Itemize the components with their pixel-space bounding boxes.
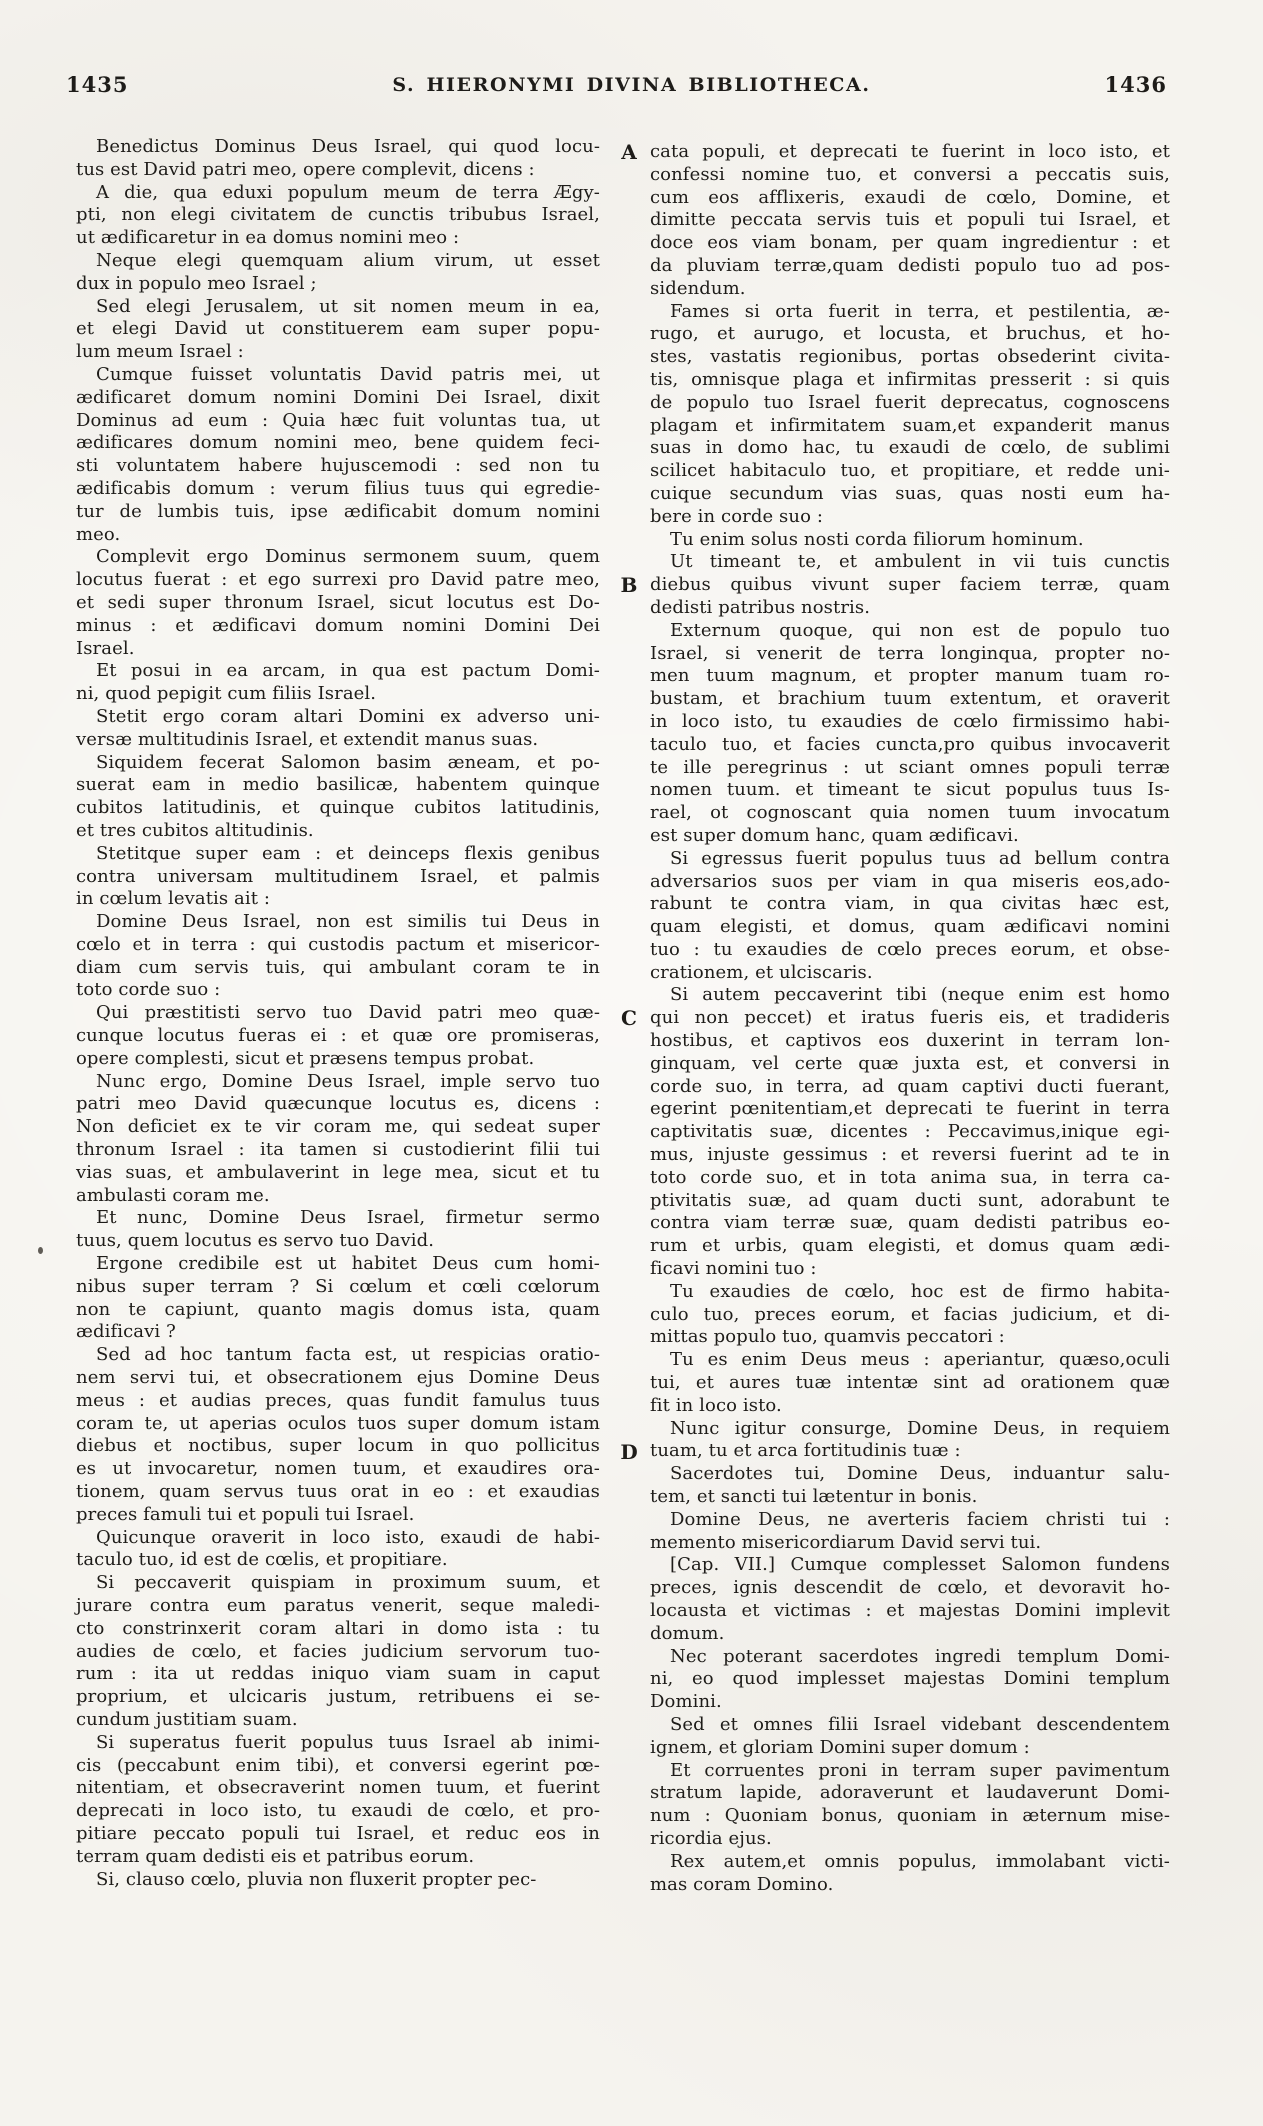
text-line: es ut invocaretur, nomen tuum, et exaudi…: [76, 1458, 600, 1481]
text-line: Fames si orta fuerit in terra, et pestil…: [650, 301, 1170, 324]
text-line: ni, quod pepigit cum filiis Israel.: [76, 683, 600, 706]
paragraph: Si peccaverit quispiam in proximum suum,…: [76, 1572, 600, 1732]
text-line: crationem, et ulciscaris.: [650, 962, 1170, 985]
text-line: plagam et infirmitatem suam,et expanderi…: [650, 415, 1170, 438]
text-line: Israel.: [76, 638, 600, 661]
text-line: cata populi, et deprecati te fuerint in …: [650, 141, 1170, 164]
text-line: Tu enim solus nosti corda filiorum homin…: [650, 529, 1170, 552]
text-line: rum et urbis, quam elegisti, et domus qu…: [650, 1235, 1170, 1258]
text-line: ædificares domum nomini meo, bene quidem…: [76, 432, 600, 455]
text-line: suas in domo hac, tu exaudi de cœlo, de …: [650, 437, 1170, 460]
text-line: rabunt te contra viam, in qua civitas hæ…: [650, 893, 1170, 916]
text-line: tui, et aures tuæ intentæ sint ad oratio…: [650, 1372, 1170, 1395]
text-line: fit in loco isto.: [650, 1395, 1170, 1418]
text-line: Ut timeant te, et ambulent in vii tuis c…: [650, 551, 1170, 574]
text-column-1435: Benedictus Dominus Deus Israel, qui quod…: [76, 136, 600, 1891]
text-line: meus : et audias preces, quas fundit fam…: [76, 1390, 600, 1413]
text-line: preces, ignis descendit de cœlo, et devo…: [650, 1577, 1170, 1600]
text-line: nitentiam, et obsecraverint nomen tuum, …: [76, 1777, 600, 1800]
text-line: sti voluntatem habere hujuscemodi : sed …: [76, 455, 600, 478]
text-line: Tu es enim Deus meus : aperiantur, quæso…: [650, 1349, 1170, 1372]
text-line: Nunc igitur consurge, Domine Deus, in re…: [650, 1418, 1170, 1441]
text-line: Quicunque oraverit in loco isto, exaudi …: [76, 1527, 600, 1550]
text-line: nibus super terram ? Si cœlum et cœli cœ…: [76, 1276, 600, 1299]
paragraph: cata populi, et deprecati te fuerint in …: [650, 141, 1170, 301]
text-line: men tuum magnum, et propter manum tuam r…: [650, 665, 1170, 688]
text-line: memento misericordiarum David servi tui.: [650, 1532, 1170, 1555]
paragraph: Sacerdotes tui, Domine Deus, induantur s…: [650, 1463, 1170, 1509]
text-line: stes, vastatis regionibus, portas obsede…: [650, 346, 1170, 369]
paragraph: Et corruentes proni in terram super pavi…: [650, 1760, 1170, 1851]
paragraph: Nunc ergo, Domine Deus Israel, imple ser…: [76, 1071, 600, 1208]
paragraph: Quicunque oraverit in loco isto, exaudi …: [76, 1527, 600, 1573]
text-line: Si peccaverit quispiam in proximum suum,…: [76, 1572, 600, 1595]
text-line: Ergone credibile est ut habitet Deus cum…: [76, 1253, 600, 1276]
text-line: tur de lumbis tuis, ipse ædificabit domu…: [76, 501, 600, 524]
text-line: [Cap. VII.] Cumque complesset Salomon fu…: [650, 1554, 1170, 1577]
text-line: jurare contra eum paratus venerit, seque…: [76, 1595, 600, 1618]
text-line: stratum lapide, adoraverunt et laudaveru…: [650, 1782, 1170, 1805]
text-line: ædificabis domum : verum filius tuus qui…: [76, 478, 600, 501]
column-marker-a: A: [613, 141, 645, 164]
text-line: Si superatus fuerit populus tuus Israel …: [76, 1732, 600, 1755]
text-line: culo tuo, preces eorum, et facias judici…: [650, 1304, 1170, 1327]
text-line: Non deficiet ex te vir coram me, qui sed…: [76, 1116, 600, 1139]
text-line: tuo : tu exaudies de cœlo preces eorum, …: [650, 939, 1170, 962]
text-line: proprium, et ulcicaris justum, retribuen…: [76, 1686, 600, 1709]
text-line: Israel, si venerit de terra longinqua, p…: [650, 643, 1170, 666]
text-line: nomen tuum. et timeant te sicut populus …: [650, 779, 1170, 802]
text-line: Et posui in ea arcam, in qua est pactum …: [76, 660, 600, 683]
paragraph: Siquidem fecerat Salomon basim æneam, et…: [76, 752, 600, 843]
text-line: mittas populo tuo, quamvis peccatori :: [650, 1326, 1170, 1349]
text-line: cunque locutus fueras ei : et quæ ore pr…: [76, 1025, 600, 1048]
text-line: et sedi super thronum Israel, sicut locu…: [76, 592, 600, 615]
text-line: num : Quoniam bonus, quoniam in æternum …: [650, 1805, 1170, 1828]
text-line: scilicet habitaculo tuo, et propitiare, …: [650, 460, 1170, 483]
text-line: Domine Deus Israel, non est similis tui …: [76, 911, 600, 934]
text-line: taculo tuo, et facies cuncta,pro quibus …: [650, 734, 1170, 757]
text-line: tus est David patri meo, opere complevit…: [76, 159, 600, 182]
text-line: Stetit ergo coram altari Domini ex adver…: [76, 706, 600, 729]
text-line: mas coram Domino.: [650, 1874, 1170, 1897]
text-line: Si autem peccaverint tibi (neque enim es…: [650, 984, 1170, 1007]
text-line: Sed elegi Jerusalem, ut sit nomen meum i…: [76, 296, 600, 319]
text-line: meo.: [76, 524, 600, 547]
text-line: Externum quoque, qui non est de populo t…: [650, 620, 1170, 643]
text-line: Et corruentes proni in terram super pavi…: [650, 1760, 1170, 1783]
text-line: est super domum hanc, quam ædificavi.: [650, 825, 1170, 848]
text-line: quam elegisti, et domus, quam ædificavi …: [650, 916, 1170, 939]
text-line: locutus fuerat : et ego surrexi pro Davi…: [76, 569, 600, 592]
paragraph: Fames si orta fuerit in terra, et pestil…: [650, 301, 1170, 529]
text-line: ptivitatis suæ, ad quam ducti sunt, ador…: [650, 1190, 1170, 1213]
paragraph: Sed et omnes filii Israel videbant desce…: [650, 1714, 1170, 1760]
text-line: coram te, ut aperias oculos tuos super d…: [76, 1413, 600, 1436]
text-line: Benedictus Dominus Deus Israel, qui quod…: [76, 136, 600, 159]
text-line: et tres cubitos altitudinis.: [76, 820, 600, 843]
text-line: ginquam, vel certe quæ juxta est, et con…: [650, 1053, 1170, 1076]
paragraph: A die, qua eduxi populum meum de terra Æ…: [76, 182, 600, 250]
column-number-right: 1436: [1105, 72, 1167, 97]
text-line: bere in corde suo :: [650, 506, 1170, 529]
paragraph: Rex autem,et omnis populus, immolabant v…: [650, 1851, 1170, 1897]
text-line: Stetitque super eam : et deinceps flexis…: [76, 843, 600, 866]
paragraph: Nunc igitur consurge, Domine Deus, in re…: [650, 1418, 1170, 1464]
text-line: qui non peccet) et iratus fueris eis, et…: [650, 1007, 1170, 1030]
scanned-book-page: 1435 S. HIERONYMI DIVINA BIBLIOTHECA. 14…: [0, 0, 1263, 2126]
paragraph: Sed elegi Jerusalem, ut sit nomen meum i…: [76, 296, 600, 364]
paragraph: Et nunc, Domine Deus Israel, firmetur se…: [76, 1207, 600, 1253]
text-line: A die, qua eduxi populum meum de terra Æ…: [76, 182, 600, 205]
text-line: Si egressus fuerit populus tuus ad bellu…: [650, 848, 1170, 871]
text-line: nem servi tui, et obsecrationem ejus Dom…: [76, 1367, 600, 1390]
text-line: Cumque fuisset voluntatis David patris m…: [76, 364, 600, 387]
text-line: preces famuli tui et populi tui Israel.: [76, 1504, 600, 1527]
column-marker-b: B: [613, 574, 645, 597]
text-line: egerint pœnitentiam,et deprecati te fuer…: [650, 1098, 1170, 1121]
text-line: versæ multitudinis Israel, et extendit m…: [76, 729, 600, 752]
text-line: Nunc ergo, Domine Deus Israel, imple ser…: [76, 1071, 600, 1094]
text-line: Dominus ad eum : Quia hæc fuit voluntas …: [76, 410, 600, 433]
text-line: minus : et ædificavi domum nomini Domini…: [76, 615, 600, 638]
text-line: Et nunc, Domine Deus Israel, firmetur se…: [76, 1207, 600, 1230]
paragraph: Domine Deus Israel, non est similis tui …: [76, 911, 600, 1002]
text-line: te ille peregrinus : ut sciant omnes pop…: [650, 757, 1170, 780]
paragraph: Ut timeant te, et ambulent in vii tuis c…: [650, 551, 1170, 619]
text-line: diebus et noctibus, super locum in quo p…: [76, 1435, 600, 1458]
text-line: ni, eo quod implesset majestas Domini te…: [650, 1668, 1170, 1691]
paragraph: Complevit ergo Dominus sermonem suum, qu…: [76, 546, 600, 660]
paragraph: Qui præstitisti servo tuo David patri me…: [76, 1002, 600, 1070]
paragraph: Stetit ergo coram altari Domini ex adver…: [76, 706, 600, 752]
paragraph: Neque elegi quemquam alium virum, ut ess…: [76, 250, 600, 296]
text-line: confessi nomine tuo, et conversi a pecca…: [650, 164, 1170, 187]
column-marker-d: D: [613, 1441, 645, 1464]
paragraph: Tu exaudies de cœlo, hoc est de firmo ha…: [650, 1281, 1170, 1349]
text-line: toto corde suo, et in tota anima sua, in…: [650, 1167, 1170, 1190]
text-line: pitiare peccato populi tui Israel, et re…: [76, 1823, 600, 1846]
paragraph: Nec poterant sacerdotes ingredi templum …: [650, 1646, 1170, 1714]
text-line: ambulasti coram me.: [76, 1185, 600, 1208]
text-line: tuus, quem locutus es servo tuo David.: [76, 1230, 600, 1253]
text-line: Si, clauso cœlo, pluvia non fluxerit pro…: [76, 1869, 600, 1892]
page-header: 1435 S. HIERONYMI DIVINA BIBLIOTHECA. 14…: [0, 72, 1263, 102]
text-line: da pluviam terræ,quam dedisti populo tuo…: [650, 255, 1170, 278]
text-line: adversarios suos per viam in qua miseris…: [650, 871, 1170, 894]
text-line: diebus quibus vivunt super faciem terræ,…: [650, 574, 1170, 597]
text-line: in loco isto, tu exaudies de cœlo firmis…: [650, 711, 1170, 734]
text-line: non te capiunt, quanto magis domus ista,…: [76, 1299, 600, 1322]
text-line: doce eos viam bonam, per quam ingredient…: [650, 232, 1170, 255]
text-line: sidendum.: [650, 278, 1170, 301]
paragraph: Tu enim solus nosti corda filiorum homin…: [650, 529, 1170, 552]
text-line: vias suas, et ambulaverint in lege mea, …: [76, 1162, 600, 1185]
text-line: ædificavi ?: [76, 1321, 600, 1344]
text-line: ignem, et gloriam Domini super domum :: [650, 1737, 1170, 1760]
column-marker-c: C: [613, 1007, 645, 1030]
text-line: Rex autem,et omnis populus, immolabant v…: [650, 1851, 1170, 1874]
text-line: cto constrinxerit coram altari in domo i…: [76, 1618, 600, 1641]
paragraph: Ergone credibile est ut habitet Deus cum…: [76, 1253, 600, 1344]
paragraph: Stetitque super eam : et deinceps flexis…: [76, 843, 600, 911]
text-line: dux in populo meo Israel ;: [76, 273, 600, 296]
paragraph: Si, clauso cœlo, pluvia non fluxerit pro…: [76, 1869, 600, 1892]
text-line: cubitos latitudinis, et quinque cubitos …: [76, 797, 600, 820]
text-line: dimitte peccata servis tuis et populi tu…: [650, 209, 1170, 232]
paragraph: [Cap. VII.] Cumque complesset Salomon fu…: [650, 1554, 1170, 1645]
text-line: pti, non elegi civitatem de cunctis trib…: [76, 204, 600, 227]
text-line: rugo, et aurugo, et locusta, et bruchus,…: [650, 323, 1170, 346]
text-line: cum eos afflixeris, exaudi de cœlo, Domi…: [650, 187, 1170, 210]
text-line: Complevit ergo Dominus sermonem suum, qu…: [76, 546, 600, 569]
paragraph: Si egressus fuerit populus tuus ad bellu…: [650, 848, 1170, 985]
text-line: tuam, tu et arca fortitudinis tuæ :: [650, 1440, 1170, 1463]
text-line: cundum justitiam suam.: [76, 1709, 600, 1732]
text-line: tis, omnisque plaga et infirmitas presse…: [650, 369, 1170, 392]
text-line: diam cum servis tuis, qui ambulant coram…: [76, 957, 600, 980]
text-line: audies de cœlo, et facies judicium servo…: [76, 1641, 600, 1664]
text-line: ficavi nomini tuo :: [650, 1258, 1170, 1281]
text-line: cis (peccabunt enim tibi), et conversi e…: [76, 1755, 600, 1778]
text-line: in cœlum levatis ait :: [76, 888, 600, 911]
text-line: Siquidem fecerat Salomon basim æneam, et…: [76, 752, 600, 775]
text-line: rael, ot cognoscant quia nomen tuum invo…: [650, 802, 1170, 825]
text-line: suerat eam in medio basilicæ, habentem q…: [76, 774, 600, 797]
paragraph: Benedictus Dominus Deus Israel, qui quod…: [76, 136, 600, 182]
text-line: Neque elegi quemquam alium virum, ut ess…: [76, 250, 600, 273]
text-line: cuique secundum vias suas, quas nosti eu…: [650, 483, 1170, 506]
paragraph: Externum quoque, qui non est de populo t…: [650, 620, 1170, 848]
paragraph: Tu es enim Deus meus : aperiantur, quæso…: [650, 1349, 1170, 1417]
paragraph: Et posui in ea arcam, in qua est pactum …: [76, 660, 600, 706]
text-line: captivitatis suæ, dicentes : Peccavimus,…: [650, 1121, 1170, 1144]
text-line: tionem, quam servus tuus orat in eo : et…: [76, 1481, 600, 1504]
text-line: Sed et omnes filii Israel videbant desce…: [650, 1714, 1170, 1737]
text-line: deprecati in loco isto, tu exaudi de cœl…: [76, 1800, 600, 1823]
text-line: ædificaret domum nomini Domini Dei Israe…: [76, 387, 600, 410]
text-line: dedisti patribus nostris.: [650, 597, 1170, 620]
text-line: opere complesti, sicut et præsens tempus…: [76, 1048, 600, 1071]
text-line: Domine Deus, ne averteris faciem christi…: [650, 1509, 1170, 1532]
text-line: bustam, et brachium tuum extentum, et or…: [650, 688, 1170, 711]
scan-speck: [38, 1247, 43, 1254]
text-line: hostibus, et captivos eos duxerint in te…: [650, 1030, 1170, 1053]
text-line: domum.: [650, 1623, 1170, 1646]
text-line: Sacerdotes tui, Domine Deus, induantur s…: [650, 1463, 1170, 1486]
text-line: Qui præstitisti servo tuo David patri me…: [76, 1002, 600, 1025]
paragraph: Cumque fuisset voluntatis David patris m…: [76, 364, 600, 546]
text-column-1436: cata populi, et deprecati te fuerint in …: [650, 141, 1170, 1896]
text-line: ricordia ejus.: [650, 1828, 1170, 1851]
text-line: terram quam dedisti eis et patribus eoru…: [76, 1846, 600, 1869]
paragraph: Si superatus fuerit populus tuus Israel …: [76, 1732, 600, 1869]
paragraph: Domine Deus, ne averteris faciem christi…: [650, 1509, 1170, 1555]
text-line: locausta et victimas : et majestas Domin…: [650, 1600, 1170, 1623]
text-line: contra universam multitudinem Israel, et…: [76, 866, 600, 889]
text-line: lum meum Israel :: [76, 341, 600, 364]
text-line: contra viam terræ suæ, quam dedisti patr…: [650, 1212, 1170, 1235]
text-line: taculo tuo, id est de cœlis, et propitia…: [76, 1549, 600, 1572]
text-line: toto corde suo :: [76, 979, 600, 1002]
text-line: corde suo, in terra, ad quam captivi duc…: [650, 1076, 1170, 1099]
text-line: et elegi David ut constituerem eam super…: [76, 318, 600, 341]
paragraph: Si autem peccaverint tibi (neque enim es…: [650, 984, 1170, 1280]
text-line: patri meo David quæcunque locutus es, di…: [76, 1093, 600, 1116]
text-line: rum : ita ut reddas iniquo viam suam in …: [76, 1663, 600, 1686]
text-line: Tu exaudies de cœlo, hoc est de firmo ha…: [650, 1281, 1170, 1304]
text-line: de populo tuo Israel fuerit deprecatus, …: [650, 392, 1170, 415]
running-title: S. HIERONYMI DIVINA BIBLIOTHECA.: [0, 74, 1263, 96]
text-line: cœlo et in terra : qui custodis pactum e…: [76, 934, 600, 957]
text-line: ut ædificaretur in ea domus nomini meo :: [76, 227, 600, 250]
text-line: thronum Israel : ita tamen si custodieri…: [76, 1139, 600, 1162]
text-line: mus, injuste gessimus : et reversi fueri…: [650, 1144, 1170, 1167]
text-line: Domini.: [650, 1691, 1170, 1714]
paragraph: Sed ad hoc tantum facta est, ut respicia…: [76, 1344, 600, 1526]
text-line: Nec poterant sacerdotes ingredi templum …: [650, 1646, 1170, 1669]
text-line: Sed ad hoc tantum facta est, ut respicia…: [76, 1344, 600, 1367]
text-line: tem, et sancti tui lætentur in bonis.: [650, 1486, 1170, 1509]
